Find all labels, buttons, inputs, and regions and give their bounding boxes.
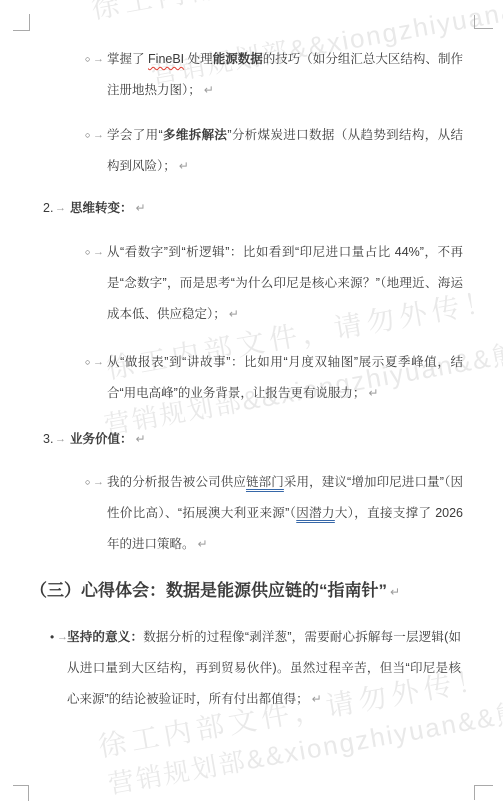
paragraph-mark: ↵ <box>312 692 322 706</box>
list-item[interactable]: ○→学会了用“多维拆解法”分析煤炭进口数据（从趋势到结构，从结构到风险）；↵ <box>107 120 463 182</box>
text-run: 学会了用“ <box>107 128 163 142</box>
text-run: 思维转变： <box>70 201 133 215</box>
text-run: 能源数据 <box>213 52 263 66</box>
spellcheck-flagged-text: FineBI <box>148 52 184 66</box>
tab-mark: → <box>93 347 104 378</box>
list-item[interactable]: •→坚持的意义：数据分析的过程像“剥洋葱”，需要耐心拆解每一层逻辑(如从进口量到… <box>67 622 461 715</box>
paragraph-mark: ↵ <box>136 201 146 215</box>
grammar-flagged-text: 链部门 <box>246 475 284 489</box>
paragraph-mark: ↵ <box>136 432 146 446</box>
text-run: （三）心得体会：数据是能源供应链的“指南针” <box>30 581 387 600</box>
paragraph-mark: ↵ <box>368 386 378 400</box>
text-run: 从“做报表”到“讲故事”：比如用“月度双轴图”展示夏季峰值，结合“用电高峰”的业… <box>107 355 463 400</box>
text-run: 多维拆解法 <box>163 128 228 142</box>
list-number-label: 3. <box>43 424 53 455</box>
text-run: 坚持的意义： <box>67 630 143 644</box>
grammar-flagged-text: 因潜力 <box>296 506 335 520</box>
paragraph-mark: ↵ <box>390 585 400 599</box>
text-run: 掌握了 <box>107 52 148 66</box>
list-bullet: ○ <box>85 347 90 378</box>
tab-mark: → <box>55 193 66 224</box>
list-bullet: • <box>50 622 54 653</box>
document-text-area[interactable]: ○→掌握了 FineBI 处理能源数据的技巧（如分组汇总大区结构、制作注册地热力… <box>0 0 503 807</box>
text-run: 处理 <box>184 52 213 66</box>
paragraph-mark: ↵ <box>229 307 239 321</box>
list-item[interactable]: ○→从“看数字”到“析逻辑”：比如看到“印尼进口量占比 44%”，不再是“念数字… <box>107 237 463 330</box>
document-page: 徐工内部文件，请勿外传！营销规划部&&xiongzhiyuan&&熊徐工内部文件… <box>0 0 503 807</box>
tab-mark: → <box>57 622 68 653</box>
list-item[interactable]: 3.→业务价值：↵ <box>70 424 462 455</box>
list-bullet: ○ <box>85 237 90 268</box>
tab-mark: → <box>93 44 104 75</box>
list-item[interactable]: ○→从“做报表”到“讲故事”：比如用“月度双轴图”展示夏季峰值，结合“用电高峰”… <box>107 347 463 409</box>
list-item[interactable]: 2.→思维转变：↵ <box>70 193 462 224</box>
tab-mark: → <box>93 237 104 268</box>
text-run: 我的分析报告被公司供应 <box>107 475 246 489</box>
paragraph-mark: ↵ <box>179 159 189 173</box>
list-bullet: ○ <box>85 44 90 75</box>
text-run: 业务价值： <box>70 432 133 446</box>
paragraph-mark: ↵ <box>204 83 214 97</box>
tab-mark: → <box>55 424 66 455</box>
text-run: 从“看数字”到“析逻辑”：比如看到“印尼进口量占比 44%”，不再是“念数字”，… <box>107 245 463 321</box>
list-bullet: ○ <box>85 120 90 151</box>
list-number-label: 2. <box>43 193 53 224</box>
list-item[interactable]: ○→掌握了 FineBI 处理能源数据的技巧（如分组汇总大区结构、制作注册地热力… <box>107 44 463 106</box>
tab-mark: → <box>93 120 104 151</box>
list-bullet: ○ <box>85 467 90 498</box>
list-item[interactable]: ○→我的分析报告被公司供应链部门采用，建议“增加印尼进口量”（因性价比高）、“拓… <box>107 467 463 560</box>
paragraph-mark: ↵ <box>198 537 208 551</box>
heading[interactable]: （三）心得体会：数据是能源供应链的“指南针”↵ <box>30 574 474 609</box>
tab-mark: → <box>93 467 104 498</box>
